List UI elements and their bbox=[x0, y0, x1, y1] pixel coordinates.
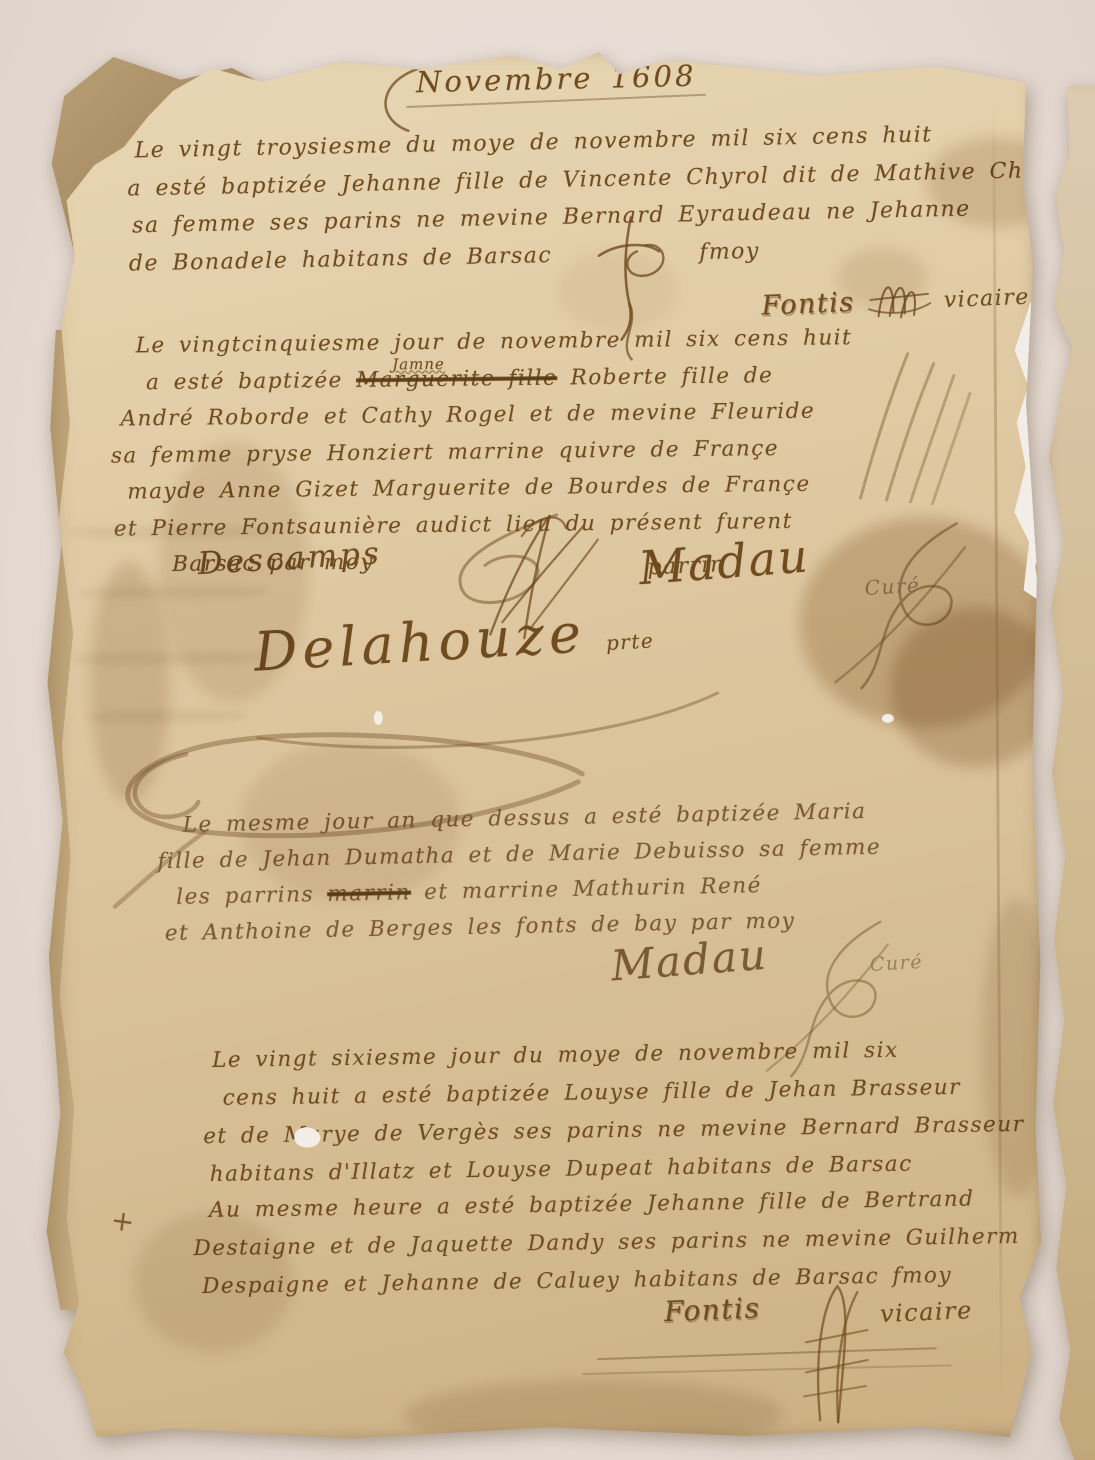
record-line-text: de Bonadele habitans de Barsac bbox=[129, 243, 553, 276]
signature-role: prte bbox=[605, 628, 655, 655]
signature-role: vicaire bbox=[943, 285, 1030, 314]
bleed-through-smudge bbox=[77, 586, 267, 599]
struck-text: marrin bbox=[327, 880, 411, 907]
signature-madau-1: Madau bbox=[637, 528, 812, 595]
signature-paraph bbox=[865, 266, 933, 325]
baptism-record-5: Au mesme heure a esté baptizée Jehanne f… bbox=[193, 1180, 1021, 1306]
record-line-text: et marrine Mathurin René bbox=[411, 873, 762, 905]
signature-name: Fontis bbox=[663, 1291, 761, 1328]
signature-vicar-bottom: Fontis bbox=[663, 1291, 761, 1328]
struck-text-wrap: JamneMarguerite fille bbox=[356, 360, 558, 399]
record-line-text: a esté baptizée bbox=[146, 367, 356, 394]
baptism-record-3: Le mesme jour an que dessus a esté bapti… bbox=[146, 794, 883, 953]
page-title: Novembre 1608 bbox=[416, 59, 697, 100]
interlinear-insertion: Jamne bbox=[392, 345, 445, 382]
signature-delahouze: Delahouze prte bbox=[252, 597, 655, 683]
signature-madau-2-role: Curé bbox=[869, 951, 923, 976]
delahouze-underline-flourish bbox=[248, 675, 728, 758]
signature-role: Curé bbox=[869, 951, 923, 976]
signature-name: Delahouze bbox=[252, 601, 587, 683]
baptism-record-4: Le vingt sixiesme jour du moye de novemb… bbox=[202, 1030, 1025, 1194]
signature-role: Curé bbox=[864, 573, 921, 600]
manuscript-photograph: Novembre 1608 Le vingt troysiesme du moy… bbox=[0, 0, 1095, 1460]
water-stain bbox=[889, 607, 1060, 768]
signature-role: vicaire bbox=[879, 1296, 973, 1328]
manuscript-page: Novembre 1608 Le vingt troysiesme du moy… bbox=[44, 41, 1045, 1443]
bleed-through-smudge bbox=[88, 710, 248, 723]
per-me-mark: fmoy bbox=[699, 238, 760, 264]
signature-madau-2: Madau bbox=[609, 930, 769, 991]
signature-vicar-top: Fontis vicaire bbox=[760, 262, 1030, 329]
water-stain bbox=[89, 562, 170, 802]
baptism-record-1: Le vingt troysiesme du moye de novembre … bbox=[126, 113, 1095, 283]
paper-sheet: Novembre 1608 Le vingt troysiesme du moy… bbox=[0, 0, 1095, 1460]
signature-name: Madau bbox=[609, 930, 769, 991]
signature-madau-1-role: Curé bbox=[864, 573, 921, 600]
paper-hole-small bbox=[882, 714, 894, 723]
paper-hole-small bbox=[374, 711, 383, 725]
water-stain bbox=[404, 1379, 784, 1451]
record-line-text: Roberte fille de bbox=[557, 363, 773, 390]
marginal-cross-mark: + bbox=[109, 1203, 138, 1239]
record-line-text: les parrins bbox=[176, 882, 328, 910]
pen-trial-strokes bbox=[846, 337, 977, 508]
signature-underline bbox=[582, 1364, 952, 1375]
adjacent-page-edge bbox=[1044, 86, 1095, 1460]
bleed-through-smudge bbox=[71, 652, 271, 665]
signature-underline bbox=[597, 1347, 937, 1360]
struck-text: Marguerite fille bbox=[356, 365, 557, 392]
signature-name: Fontis bbox=[761, 287, 855, 322]
signature-name: Madau bbox=[637, 528, 812, 595]
signature-vicar-bottom-role: vicaire bbox=[879, 1296, 973, 1328]
